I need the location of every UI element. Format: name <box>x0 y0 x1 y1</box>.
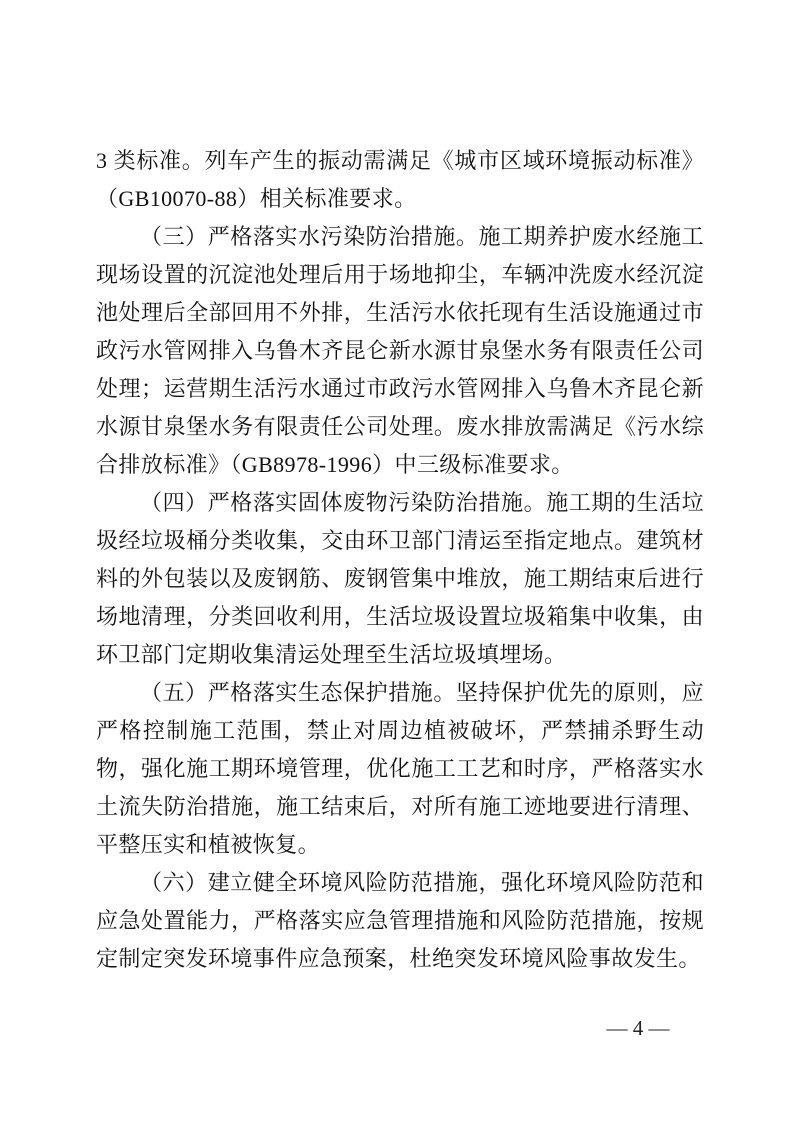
paragraph-item-3: （三）严格落实水污染防治措施。施工期养护废水经施工现场设置的沉淀池处理后用于场地… <box>96 218 704 484</box>
document-page: 3 类标准。列车产生的振动需满足《城市区域环境振动标准》（GB10070-88）… <box>0 0 793 1122</box>
paragraph-item-4: （四）严格落实固体废物污染防治措施。施工期的生活垃圾经垃圾桶分类收集，交由环卫部… <box>96 484 704 674</box>
paragraph-continuation: 3 类标准。列车产生的振动需满足《城市区域环境振动标准》（GB10070-88）… <box>96 142 704 218</box>
paragraph-item-5: （五）严格落实生态保护措施。坚持保护优先的原则，应严格控制施工范围，禁止对周边植… <box>96 674 704 864</box>
paragraph-item-6: （六）建立健全环境风险防范措施，强化环境风险防范和应急处置能力，严格落实应急管理… <box>96 864 704 978</box>
document-body: 3 类标准。列车产生的振动需满足《城市区域环境振动标准》（GB10070-88）… <box>96 142 704 978</box>
page-number: — 4 — <box>598 1013 678 1043</box>
